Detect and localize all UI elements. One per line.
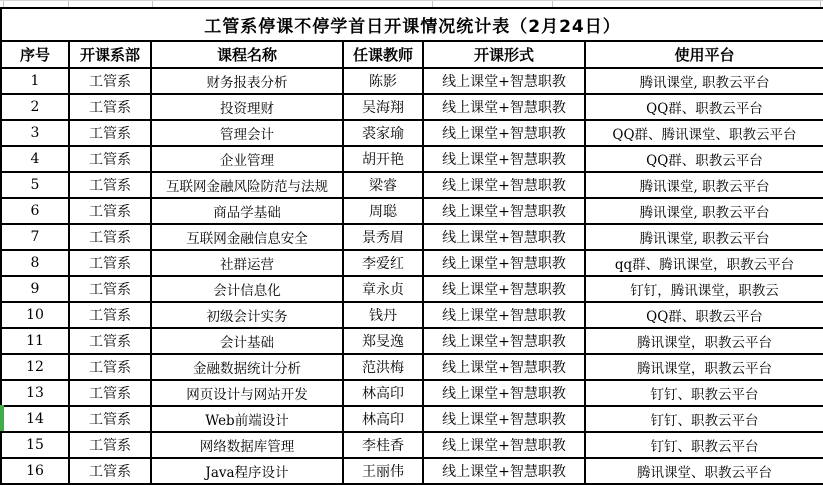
cell-format[interactable]: 线上课堂+智慧职教 xyxy=(423,68,585,94)
table-row: 8 工管系 社群运营 李爱红 线上课堂+智慧职教 qq群、腾讯课堂，职教云平台 xyxy=(1,250,823,276)
cell-course[interactable]: 互联网金融风险防范与法规 xyxy=(151,172,343,198)
cell-seq[interactable]: 9 xyxy=(1,276,69,302)
cell-format[interactable]: 线上课堂+智慧职教 xyxy=(423,198,585,224)
cell-dept[interactable]: 工管系 xyxy=(69,458,151,484)
row-selection-marker xyxy=(0,405,4,431)
cell-course[interactable]: 企业管理 xyxy=(151,146,343,172)
column-header-platform[interactable]: 使用平台 xyxy=(585,41,823,68)
cell-seq[interactable]: 1 xyxy=(1,68,69,94)
cell-format[interactable]: 线上课堂+智慧职教 xyxy=(423,302,585,328)
cell-course[interactable]: 投资理财 xyxy=(151,94,343,120)
cell-platform[interactable]: 腾讯课堂, 职教云平台 xyxy=(585,172,823,198)
cell-course[interactable]: 互联网金融信息安全 xyxy=(151,224,343,250)
cell-format[interactable]: 线上课堂+智慧职教 xyxy=(423,94,585,120)
cell-seq[interactable]: 4 xyxy=(1,146,69,172)
column-header-format[interactable]: 开课形式 xyxy=(423,41,585,68)
cell-format[interactable]: 线上课堂+智慧职教 xyxy=(423,276,585,302)
table-title-row: 工管系停课不停学首日开课情况统计表（2月24日） xyxy=(1,8,823,41)
table-row: 10 工管系 初级会计实务 钱丹 线上课堂+智慧职教 QQ群、职教云平台 xyxy=(1,302,823,328)
cell-platform[interactable]: QQ群、职教云平台 xyxy=(585,302,823,328)
table-row: 16 工管系 Java程序设计 王丽伟 线上课堂+智慧职教 腾讯课堂、职教云平台 xyxy=(1,458,823,484)
cell-platform[interactable]: 腾讯课堂, 职教云平台 xyxy=(585,68,823,94)
cell-dept[interactable]: 工管系 xyxy=(69,354,151,380)
table-title[interactable]: 工管系停课不停学首日开课情况统计表（2月24日） xyxy=(1,8,823,41)
cell-dept[interactable]: 工管系 xyxy=(69,146,151,172)
cell-teacher[interactable]: 范洪梅 xyxy=(343,354,423,380)
cell-format[interactable]: 线上课堂+智慧职教 xyxy=(423,120,585,146)
column-header-teacher[interactable]: 任课教师 xyxy=(343,41,423,68)
cell-dept[interactable]: 工管系 xyxy=(69,302,151,328)
cell-teacher[interactable]: 景秀眉 xyxy=(343,224,423,250)
cell-format[interactable]: 线上课堂+智慧职教 xyxy=(423,250,585,276)
cell-teacher[interactable]: 李爱红 xyxy=(343,250,423,276)
column-header-course[interactable]: 课程名称 xyxy=(151,41,343,68)
cell-format[interactable]: 线上课堂+智慧职教 xyxy=(423,172,585,198)
table-row: 7 工管系 互联网金融信息安全 景秀眉 线上课堂+智慧职教 腾讯课堂, 职教云平… xyxy=(1,224,823,250)
cell-seq[interactable]: 10 xyxy=(1,302,69,328)
cell-dept[interactable]: 工管系 xyxy=(69,224,151,250)
cell-platform[interactable]: QQ群、腾讯课堂、职教云平台 xyxy=(585,120,823,146)
cell-seq[interactable]: 5 xyxy=(1,172,69,198)
cell-format[interactable]: 线上课堂+智慧职教 xyxy=(423,146,585,172)
cell-seq[interactable]: 13 xyxy=(1,380,69,406)
cell-course[interactable]: 会计信息化 xyxy=(151,276,343,302)
cell-platform[interactable]: 腾讯课堂, 职教云平台 xyxy=(585,224,823,250)
course-stats-table: 工管系停课不停学首日开课情况统计表（2月24日） 序号 开课系部 课程名称 任课… xyxy=(0,7,823,485)
table-header-row: 序号 开课系部 课程名称 任课教师 开课形式 使用平台 xyxy=(1,41,823,68)
table-row: 6 工管系 商品学基础 周聪 线上课堂+智慧职教 腾讯课堂, 职教云平台 xyxy=(1,198,823,224)
cell-teacher[interactable]: 梁睿 xyxy=(343,172,423,198)
cell-format[interactable]: 线上课堂+智慧职教 xyxy=(423,354,585,380)
cell-dept[interactable]: 工管系 xyxy=(69,276,151,302)
cell-seq[interactable]: 14 xyxy=(1,406,69,432)
cell-course[interactable]: 财务报表分析 xyxy=(151,68,343,94)
cell-format[interactable]: 线上课堂+智慧职教 xyxy=(423,328,585,354)
cell-seq[interactable]: 12 xyxy=(1,354,69,380)
table-row: 11 工管系 会计基础 郑旻逸 线上课堂+智慧职教 腾讯课堂，职教云平台 xyxy=(1,328,823,354)
cell-seq[interactable]: 6 xyxy=(1,198,69,224)
cell-teacher[interactable]: 陈影 xyxy=(343,68,423,94)
cell-dept[interactable]: 工管系 xyxy=(69,198,151,224)
cell-platform[interactable]: 腾讯课堂，职教云平台 xyxy=(585,328,823,354)
cell-platform[interactable]: 腾讯课堂, 职教云平台 xyxy=(585,198,823,224)
table-row: 2 工管系 投资理财 吴海翔 线上课堂+智慧职教 QQ群、职教云平台 xyxy=(1,94,823,120)
cell-format[interactable]: 线上课堂+智慧职教 xyxy=(423,406,585,432)
cell-teacher[interactable]: 胡开艳 xyxy=(343,146,423,172)
table-row-selected: 14 工管系 Web前端设计 林高印 线上课堂+智慧职教 钉钉、职教云平台 xyxy=(1,406,823,432)
cell-platform[interactable]: QQ群、职教云平台 xyxy=(585,94,823,120)
cell-course[interactable]: 商品学基础 xyxy=(151,198,343,224)
cell-teacher[interactable]: 吴海翔 xyxy=(343,94,423,120)
cell-teacher[interactable]: 钱丹 xyxy=(343,302,423,328)
cell-dept[interactable]: 工管系 xyxy=(69,380,151,406)
column-header-seq[interactable]: 序号 xyxy=(1,41,69,68)
cell-course[interactable]: 社群运营 xyxy=(151,250,343,276)
cell-format[interactable]: 线上课堂+智慧职教 xyxy=(423,432,585,458)
cell-seq[interactable]: 7 xyxy=(1,224,69,250)
cell-format[interactable]: 线上课堂+智慧职教 xyxy=(423,224,585,250)
cell-course[interactable]: 网络数据库管理 xyxy=(151,432,343,458)
cell-platform[interactable]: 钉钉，腾讯课堂，职教云 xyxy=(585,276,823,302)
cell-course[interactable]: 金融数据统计分析 xyxy=(151,354,343,380)
table-row: 12 工管系 金融数据统计分析 范洪梅 线上课堂+智慧职教 腾讯课堂，职教云平台 xyxy=(1,354,823,380)
table-row: 1 工管系 财务报表分析 陈影 线上课堂+智慧职教 腾讯课堂, 职教云平台 xyxy=(1,68,823,94)
table-row: 15 工管系 网络数据库管理 李桂香 线上课堂+智慧职教 钉钉、职教云平台 xyxy=(1,432,823,458)
table-row: 9 工管系 会计信息化 章永贞 线上课堂+智慧职教 钉钉，腾讯课堂，职教云 xyxy=(1,276,823,302)
table-row: 4 工管系 企业管理 胡开艳 线上课堂+智慧职教 QQ群、职教云平台 xyxy=(1,146,823,172)
cell-teacher[interactable]: 章永贞 xyxy=(343,276,423,302)
cell-platform[interactable]: 钉钉、职教云平台 xyxy=(585,380,823,406)
column-header-dept[interactable]: 开课系部 xyxy=(69,41,151,68)
cell-teacher[interactable]: 林高印 xyxy=(343,406,423,432)
cell-teacher[interactable]: 李桂香 xyxy=(343,432,423,458)
cell-seq[interactable]: 2 xyxy=(1,94,69,120)
cell-dept[interactable]: 工管系 xyxy=(69,250,151,276)
cell-course[interactable]: 会计基础 xyxy=(151,328,343,354)
cell-dept[interactable]: 工管系 xyxy=(69,172,151,198)
cell-dept[interactable]: 工管系 xyxy=(69,120,151,146)
cell-seq[interactable]: 3 xyxy=(1,120,69,146)
cell-course[interactable]: 管理会计 xyxy=(151,120,343,146)
cell-course[interactable]: 网页设计与网站开发 xyxy=(151,380,343,406)
table-row: 13 工管系 网页设计与网站开发 林高印 线上课堂+智慧职教 钉钉、职教云平台 xyxy=(1,380,823,406)
cell-teacher[interactable]: 郑旻逸 xyxy=(343,328,423,354)
cell-course[interactable]: 初级会计实务 xyxy=(151,302,343,328)
cell-course[interactable]: Java程序设计 xyxy=(151,458,343,484)
spreadsheet-viewport: 工管系停课不停学首日开课情况统计表（2月24日） 序号 开课系部 课程名称 任课… xyxy=(0,0,823,486)
cell-seq[interactable]: 15 xyxy=(1,432,69,458)
cell-seq[interactable]: 16 xyxy=(1,458,69,484)
cell-format[interactable]: 线上课堂+智慧职教 xyxy=(423,380,585,406)
cell-dept[interactable]: 工管系 xyxy=(69,68,151,94)
cell-platform[interactable]: 钉钉、职教云平台 xyxy=(585,432,823,458)
cell-seq[interactable]: 11 xyxy=(1,328,69,354)
cell-teacher[interactable]: 林高印 xyxy=(343,380,423,406)
cell-dept[interactable]: 工管系 xyxy=(69,432,151,458)
cell-format[interactable]: 线上课堂+智慧职教 xyxy=(423,458,585,484)
table-row: 5 工管系 互联网金融风险防范与法规 梁睿 线上课堂+智慧职教 腾讯课堂, 职教… xyxy=(1,172,823,198)
cell-platform[interactable]: 腾讯课堂，职教云平台 xyxy=(585,354,823,380)
cell-teacher[interactable]: 裘家瑜 xyxy=(343,120,423,146)
cell-platform[interactable]: qq群、腾讯课堂，职教云平台 xyxy=(585,250,823,276)
cell-dept[interactable]: 工管系 xyxy=(69,94,151,120)
cell-teacher[interactable]: 周聪 xyxy=(343,198,423,224)
cell-platform[interactable]: 钉钉、职教云平台 xyxy=(585,406,823,432)
cell-platform[interactable]: 腾讯课堂、职教云平台 xyxy=(585,458,823,484)
cell-platform[interactable]: QQ群、职教云平台 xyxy=(585,146,823,172)
cell-teacher[interactable]: 王丽伟 xyxy=(343,458,423,484)
cell-seq[interactable]: 8 xyxy=(1,250,69,276)
cell-course[interactable]: Web前端设计 xyxy=(151,406,343,432)
cell-dept[interactable]: 工管系 xyxy=(69,406,151,432)
table-row: 3 工管系 管理会计 裘家瑜 线上课堂+智慧职教 QQ群、腾讯课堂、职教云平台 xyxy=(1,120,823,146)
cell-dept[interactable]: 工管系 xyxy=(69,328,151,354)
